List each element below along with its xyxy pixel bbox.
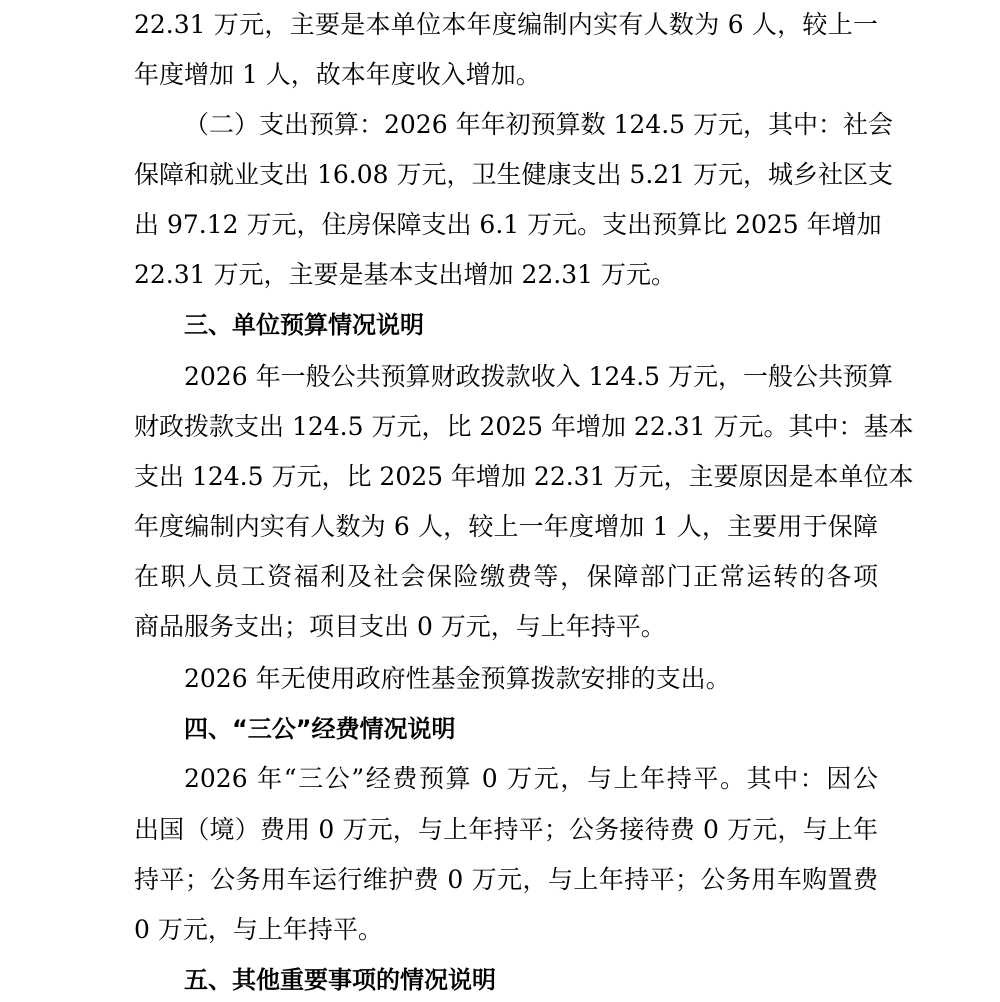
paragraph-line: 2026 年“三公”经费预算 0 万元，与上年持平。其中：因公 (184, 754, 878, 804)
paragraph-line: 支出 124.5 万元，比 2025 年增加 22.31 万元，主要原因是本单位… (134, 452, 878, 502)
paragraph-line: 保障和就业支出 16.08 万元，卫生健康支出 5.21 万元，城乡社区支 (134, 150, 878, 200)
paragraph-line: 2026 年一般公共预算财政拨款收入 124.5 万元，一般公共预算 (184, 352, 878, 402)
section-heading-other-matters: 五、其他重要事项的情况说明 (184, 955, 878, 1002)
paragraph-line: 22.31 万元，主要是基本支出增加 22.31 万元。 (134, 250, 878, 300)
paragraph-line: 22.31 万元，主要是本单位本年度编制内实有人数为 6 人，较上一 (134, 0, 878, 50)
paragraph-line: 出国（境）费用 0 万元，与上年持平；公务接待费 0 万元，与上年 (134, 805, 878, 855)
paragraph-line: 财政拨款支出 124.5 万元，比 2025 年增加 22.31 万元。其中：基… (134, 402, 878, 452)
paragraph-line: 年度编制内实有人数为 6 人，较上一年度增加 1 人，主要用于保障 (134, 502, 878, 552)
paragraph-line: 在职人员工资福利及社会保险缴费等，保障部门正常运转的各项 (134, 552, 878, 602)
section-heading-unit-budget: 三、单位预算情况说明 (184, 300, 878, 350)
paragraph-line: 持平；公务用车运行维护费 0 万元，与上年持平；公务用车购置费 (134, 855, 878, 905)
paragraph-line-government-fund: 2026 年无使用政府性基金预算拨款安排的支出。 (184, 654, 878, 704)
paragraph-line: 出 97.12 万元，住房保障支出 6.1 万元。支出预算比 2025 年增加 (134, 200, 878, 250)
paragraph-line: 年度增加 1 人，故本年度收入增加。 (134, 50, 878, 100)
paragraph-line-expenditure-budget: （二）支出预算：2026 年年初预算数 124.5 万元，其中：社会 (184, 100, 878, 150)
paragraph-line: 商品服务支出；项目支出 0 万元，与上年持平。 (134, 602, 878, 652)
paragraph-line: 0 万元，与上年持平。 (134, 905, 878, 955)
section-heading-three-public-expenses: 四、“三公”经费情况说明 (184, 704, 878, 754)
